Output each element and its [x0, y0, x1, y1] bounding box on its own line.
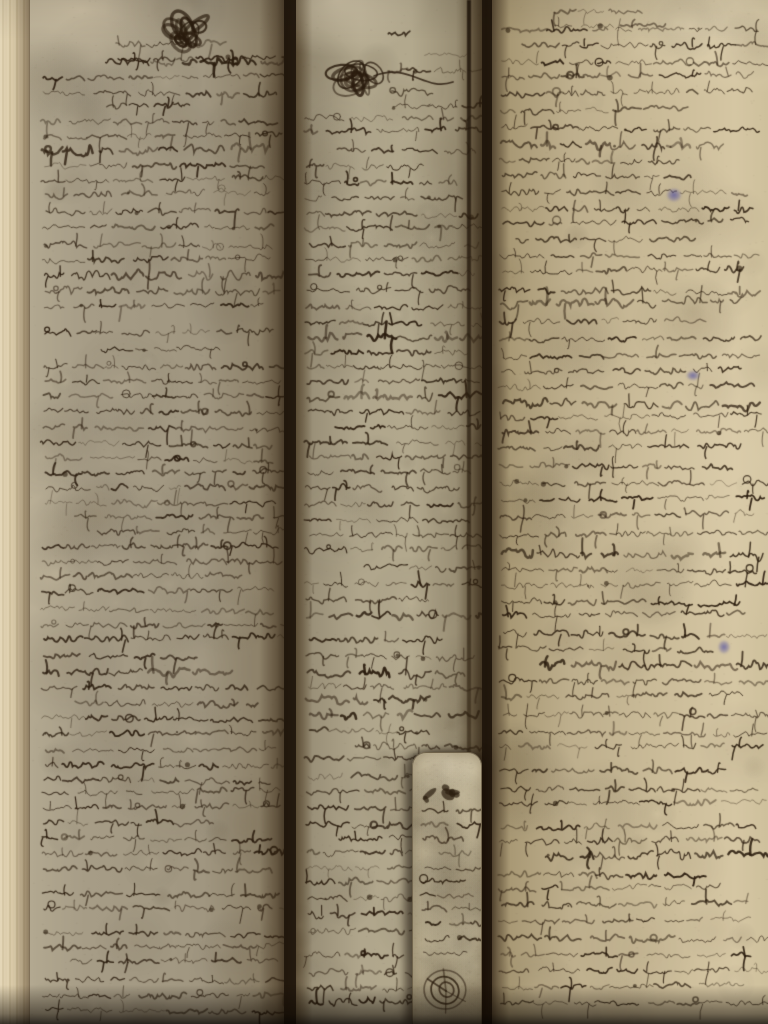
book-fore-edge-stack: [0, 0, 32, 1024]
blue-ink-mark-1: [664, 186, 684, 204]
right-page: [492, 0, 768, 1024]
right-page-handwriting-canvas: [492, 0, 768, 1024]
blue-ink-mark-2: [684, 369, 702, 382]
left-page-handwriting-canvas: [30, 0, 284, 1024]
manuscript-photo: Open antique manuscript book with three …: [0, 0, 768, 1024]
blue-ink-mark-3: [716, 638, 732, 656]
bookmark-slip-handwriting-canvas: [413, 753, 481, 1024]
page-edge-line: [467, 0, 471, 758]
left-page: [30, 0, 284, 1024]
bookmark-slip: [412, 752, 482, 1024]
